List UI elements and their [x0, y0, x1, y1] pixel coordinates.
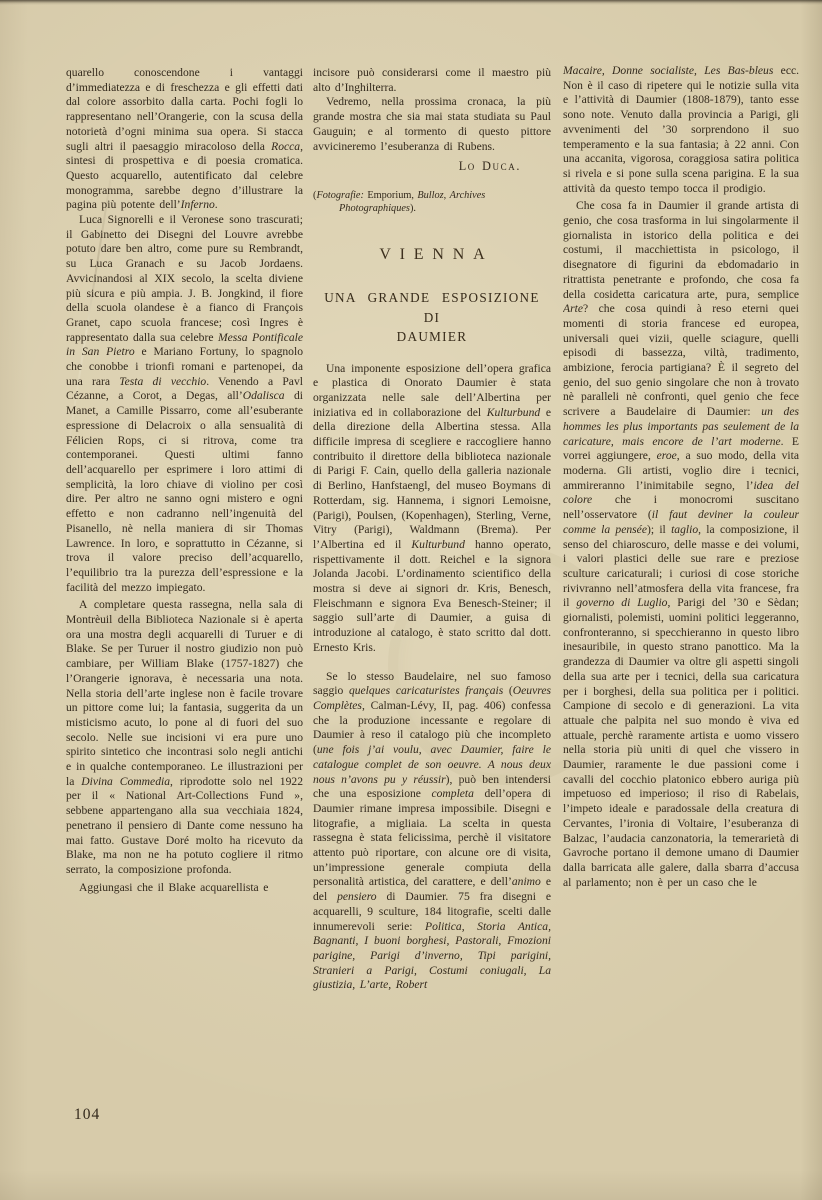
text-run: , Parigi del ’30 e Sèdan; giornalisti, p…: [563, 596, 799, 888]
page-number: 104: [74, 1106, 100, 1124]
text-column-right: Macaire, Donne socialiste, Les Bas-bleus…: [563, 64, 799, 1172]
text-run: Che cosa fa in Daumier il grande artista…: [563, 199, 799, 300]
paragraph: quarello conoscendone i vantaggi d’immed…: [66, 66, 303, 213]
text-column-left: quarello conoscendone i vantaggi d’immed…: [66, 66, 303, 1076]
text-run: (: [503, 684, 513, 697]
italic-text-run: eroe: [657, 449, 677, 462]
text-column-center: incisore può considerarsi come il maestr…: [313, 66, 551, 1170]
italic-text-run: quelques caricaturistes français: [349, 684, 503, 697]
text-run: Luca Signorelli e il Veronese sono trasc…: [66, 213, 303, 344]
italic-text-run: governo di Luglio: [576, 596, 667, 609]
section-heading-city: VIENNA: [313, 248, 551, 263]
article-title: UNA GRANDE ESPOSIZIONE DIDAUMIER: [313, 288, 551, 347]
paragraph: Una imponente esposizione dell’opera gra…: [313, 362, 551, 656]
paragraph: A completare questa rassegna, nella sala…: [66, 598, 303, 877]
italic-text-run: Odalisca: [243, 389, 285, 402]
italic-text-run: Testa di vecchio: [119, 375, 206, 388]
italic-text-run: Bulloz: [417, 190, 443, 201]
text-run: incisore può considerarsi come il maestr…: [313, 66, 551, 94]
article-title-line: UNA GRANDE ESPOSIZIONE DI: [313, 288, 551, 327]
italic-text-run: completa: [431, 787, 474, 800]
italic-text-run: Kulturbund: [487, 406, 540, 419]
text-run: Aggiungasi che il Blake acquarellista e: [79, 881, 268, 894]
paragraph: incisore può considerarsi come il maestr…: [313, 66, 551, 95]
text-run: ? che cosa quindi à reso eterni quei mom…: [563, 302, 799, 418]
italic-text-run: Macaire, Donne socialiste, Les Bas-bleus: [563, 64, 773, 77]
article-title-line: DAUMIER: [313, 327, 551, 347]
paragraph: Che cosa fa in Daumier il grande artista…: [563, 199, 799, 890]
page-top-edge-shadow: [0, 0, 822, 5]
paragraph: Vedremo, nella prossima cronaca, la più …: [313, 95, 551, 154]
text-run: di Manet, a Camille Pissarro, come all’e…: [66, 389, 303, 593]
paragraph: Aggiungasi che il Blake acquarellista e: [66, 881, 303, 896]
text-run: A completare questa rassegna, nella sala…: [66, 598, 303, 787]
text-run: dell’opera di Daumier rimane impresa imp…: [313, 787, 551, 888]
text-run: ).: [410, 203, 416, 214]
paragraph: Luca Signorelli e il Veronese sono trasc…: [66, 213, 303, 595]
text-run: quarello conoscendone i vantaggi d’immed…: [66, 66, 303, 153]
italic-text-run: Inferno: [181, 198, 215, 211]
text-run: , riprodotte solo nel 1922 per il « Nati…: [66, 775, 303, 876]
italic-text-run: taglio: [671, 523, 698, 536]
text-run: .: [215, 198, 218, 211]
italic-text-run: Kulturbund: [411, 538, 464, 551]
photo-credit: (Fotografie: Emporium, Bulloz, Archives …: [313, 189, 551, 215]
author-signature: Lo Duca.: [313, 159, 551, 174]
italic-text-run: Arte: [563, 302, 583, 315]
paragraph: Macaire, Donne socialiste, Les Bas-bleus…: [563, 64, 799, 196]
italic-text-run: Divina Commedia: [81, 775, 170, 788]
text-run: Vedremo, nella prossima cronaca, la più …: [313, 95, 551, 152]
italic-text-run: Rocca: [271, 140, 300, 153]
text-run: Emporium,: [364, 190, 417, 201]
italic-text-run: Fotografie:: [316, 190, 363, 201]
scanned-page: quarello conoscendone i vantaggi d’immed…: [0, 0, 822, 1200]
text-run: ecc. Non è il caso di ripetere qui le no…: [563, 64, 799, 195]
text-run: hanno operato, rispettivamente il dott. …: [313, 538, 551, 654]
text-run: e della direzione della Albertina stessa…: [313, 406, 551, 551]
text-run: ); il: [647, 523, 671, 536]
italic-text-run: pensiero: [337, 890, 377, 903]
paragraph: Se lo stesso Baudelaire, nel suo famoso …: [313, 670, 551, 993]
italic-text-run: animo: [512, 875, 541, 888]
